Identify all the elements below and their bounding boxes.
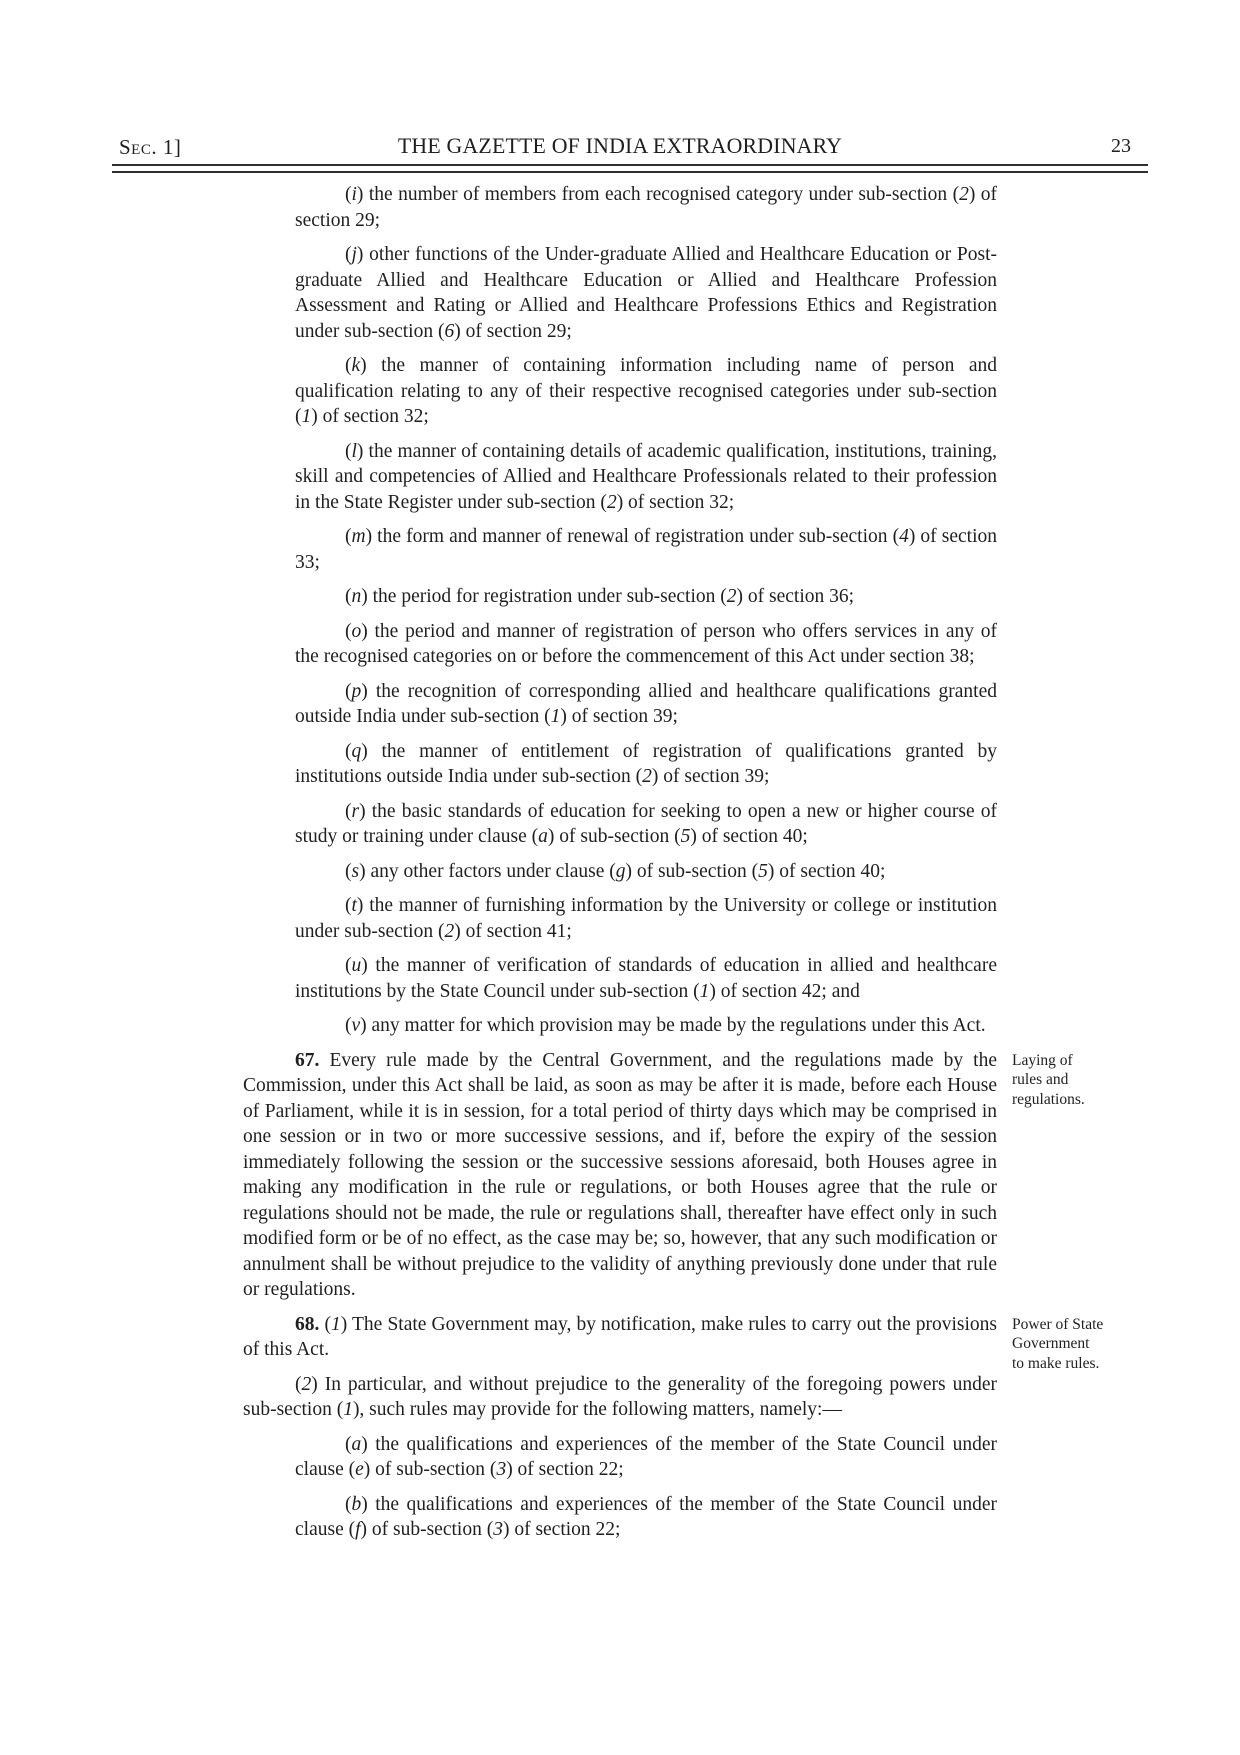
section-68: Power of State Government to make rules.… [243, 1312, 997, 1363]
header-section-label: Sec. 1] [119, 135, 181, 160]
margin-note-laying-of-rules: Laying of rules and regulations. [1012, 1051, 1130, 1110]
page-title: THE GAZETTE OF INDIA EXTRAORDINARY [398, 133, 842, 159]
document-page: Sec. 1] THE GAZETTE OF INDIA EXTRAORDINA… [0, 0, 1240, 1755]
clause-o: (o) the period and manner of registratio… [295, 619, 997, 670]
clause-i: (i) the number of members from each reco… [295, 182, 997, 233]
clause-k: (k) the manner of containing information… [295, 353, 997, 430]
clause-b: (b) the qualifications and experiences o… [295, 1492, 997, 1543]
clause-n: (n) the period for registration under su… [295, 584, 997, 610]
clause-v: (v) any matter for which provision may b… [295, 1013, 997, 1039]
section-67: Laying of rules and regulations.67. Ever… [243, 1048, 997, 1303]
header-rule-bottom [112, 171, 1148, 173]
clause-q: (q) the manner of entitlement of registr… [295, 739, 997, 790]
margin-note-power-of-state: Power of State Government to make rules. [1012, 1315, 1130, 1374]
clause-a: (a) the qualifications and experiences o… [295, 1432, 997, 1483]
document-body: (i) the number of members from each reco… [243, 182, 997, 1552]
clause-p: (p) the recognition of corresponding all… [295, 679, 997, 730]
clause-m: (m) the form and manner of renewal of re… [295, 524, 997, 575]
clause-l: (l) the manner of containing details of … [295, 439, 997, 516]
clause-r: (r) the basic standards of education for… [295, 799, 997, 850]
clause-t: (t) the manner of furnishing information… [295, 893, 997, 944]
header-rule-top [112, 164, 1148, 166]
clause-s: (s) any other factors under clause (g) o… [295, 859, 997, 885]
clause-j: (j) other functions of the Under-graduat… [295, 242, 997, 344]
page-number: 23 [1111, 135, 1131, 158]
clause-u: (u) the manner of verification of standa… [295, 953, 997, 1004]
subsection-2: (2) In particular, and without prejudice… [243, 1372, 997, 1423]
